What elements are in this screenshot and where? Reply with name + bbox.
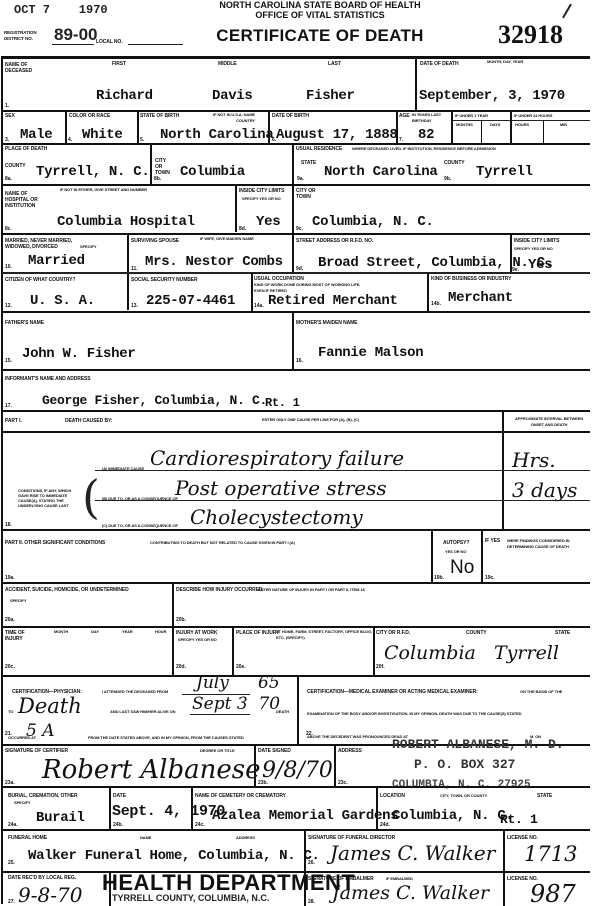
divider [415,58,417,110]
item-number: 20c. [5,664,15,670]
middle-name-value: Davis [212,88,253,104]
divider [254,745,256,786]
divider [292,312,294,369]
divider [376,787,378,829]
item-number: 24c. [195,822,205,828]
injury-at-work-sublabel: SPECIFY YES OR NO [178,637,217,643]
item-number: 8c. [5,226,12,232]
item-number: 24a. [8,822,18,828]
occupation-value: Retired Merchant [268,293,398,309]
divider [543,120,544,143]
date-received-value: 9-8-70 [18,883,82,906]
funeral-director-signature: James C. Walker [330,841,495,865]
item-number: 25. [8,860,15,866]
hospital-label: NAME OF HOSPITAL OR INSTITUTION [5,191,47,209]
death-city-value: Columbia [180,164,245,180]
minutes-label: MIN [560,122,567,128]
board-line-2: OFFICE OF VITAL STATISTICS [200,10,440,20]
immediate-cause-value: Cardiorespiratory failure [150,446,404,470]
to-label: TO [8,709,13,715]
item-number: 19b. [434,575,444,581]
city-of-death-label: CITY OR TOWN [155,158,173,176]
birth-date-value: August 17, 1888 [276,127,398,143]
age-label: AGE [399,113,410,119]
divider [427,273,429,311]
month-label: MONTH [54,629,68,635]
how-injury-sublabel: ENTER NATURE OF INJURY IN PART I OR PART… [258,587,365,593]
sex-label: SEX [5,113,15,119]
medical-examiner-text: ON THE BASIS OF THE [520,689,562,695]
burial-label: BURIAL, CREMATION, OTHER [8,793,77,799]
cause-line [95,470,590,471]
district-underline [52,44,94,45]
part-two-label: PART II. OTHER SIGNIFICANT CONDITIONS [5,540,105,546]
residence-county-value: Tyrrell [476,164,533,180]
item-number: 20f. [376,664,385,670]
funeral-home-value: Walker Funeral Home, Columbia, N. C. [28,848,320,864]
item-number: 22. [306,731,313,737]
industry-value: Merchant [448,290,513,306]
mother-maiden-name-label: MOTHER'S MAIDEN NAME [296,320,357,326]
item-number: 13. [131,303,138,309]
citizenship-label: CITIZEN OF WHAT COUNTRY? [5,277,75,283]
county-label: COUNTY [5,163,26,169]
manner-of-death-label: ACCIDENT, SUICIDE, HOMICIDE, OR UNDETERM… [5,587,129,593]
local-number-label: LOCAL NO. [96,39,123,45]
divider [191,787,193,829]
funeral-director-license-value: 1713 [524,842,577,866]
death-text: DEATH [276,709,289,715]
occurred-text: FROM THE DATE STATED ABOVE, AND IN MY OP… [88,735,244,741]
corner-check-mark [562,4,572,19]
divider [268,111,270,143]
autopsy-sublabel: YES OR NO [445,549,466,555]
item-number: 1. [5,103,9,109]
injury-state-label: STATE [555,630,570,636]
birth-state-sublabel: IF NOT IN U.S.A. NAME COUNTRY [195,112,255,124]
disposition-date-value: Sept. 4, 1970 [112,803,225,820]
divider [297,676,299,744]
race-label: COLOR OR RACE [69,113,110,119]
medical-examiner-text: EXAMINATION OF THE BODY AND/OR INVESTIGA… [307,711,521,717]
street-address-label: STREET ADDRESS OR R.F.D. No. [296,238,373,244]
item-number: 9c. [296,226,303,232]
item-number: 14b. [431,301,441,307]
middle-name-label: MIDDLE [218,61,237,67]
residence-city-label: CITY OR TOWN [296,188,320,200]
usual-residence-label: USUAL RESIDENCE [296,146,342,152]
item-number: 15. [5,358,12,364]
part-one-label: PART I. [5,418,22,424]
under-24-hours-label: IF UNDER 24 HOURS [514,113,552,119]
row-rule [2,311,590,313]
age-sublabel: IN YEARS LAST BIRTHDAY [412,112,446,124]
hour-label: HOUR [155,629,166,635]
last-saw-value: Sept 3 70 [192,694,280,714]
cause-line [95,500,590,501]
row-rule [2,529,590,531]
injury-location-value: Columbia Tyrrell N.C. [384,642,592,664]
disposition-date-label: DATE [113,793,126,799]
immediate-cause-label: (a) IMMEDIATE CAUSE [102,466,144,472]
item-number: 27. [8,899,15,905]
hospital-value: Columbia Hospital [57,214,195,230]
marital-sublabel: SPECIFY [80,244,96,250]
item-number: 20b. [176,617,186,623]
autopsy-value: No [450,557,474,579]
left-brace: ( [82,474,100,520]
last-name-value: Fisher [306,88,355,104]
citizenship-value: U. S. A. [30,293,95,309]
item-number: 17. [5,403,12,409]
attended-to-value: Death [18,694,82,718]
burial-sublabel: SPECIFY [14,800,30,806]
funeral-name-label: NAME [140,835,151,841]
divider [334,745,336,786]
residence-state-label: STATE [301,160,316,166]
day-label: DAY [91,629,99,635]
father-name-value: John W. Fisher [22,346,135,362]
funeral-director-license-label: LICENSE NO. [507,835,538,841]
row-rule [2,369,590,371]
divider [373,627,375,675]
item-number: 20e. [236,664,246,670]
residence-city-value: Columbia, N. C. [312,214,434,230]
item-number: 10. [5,264,12,270]
residence-county-label: COUNTY [444,160,465,166]
hospital-sublabel: IF NOT IN EITHER, GIVE STREET AND NUMBER [60,187,147,193]
divider [232,627,234,675]
cemetery-state-label: STATE [537,793,552,799]
funeral-home-label: FUNERAL HOME [8,835,47,841]
divider [172,583,174,675]
local-number-underline [128,44,183,45]
divider [292,144,294,274]
inside-city-limits-label: INSIDE CITY LIMITS [239,188,284,194]
residence-state-value: North Carolina [324,164,437,180]
time-of-injury-label: TIME OF INJURY [5,630,33,642]
item-number: 19a. [5,575,15,581]
row-rule [2,675,590,677]
cemetery-location-label: LOCATION [380,793,405,799]
manner-sublabel: SPECIFY [10,598,26,604]
last-saw-text: AND LAST SAW HIM/HER ALIVE ON [110,709,175,715]
divider [481,120,482,143]
cemetery-location-sublabel: CITY, TOWN, OR COUNTY [440,793,487,799]
certificate-title: CERTIFICATE OF DEATH [200,26,440,46]
year-label: YEAR [122,629,133,635]
inside-city-limits-sublabel: SPECIFY YES OR NO [242,196,281,202]
blank-line [190,714,250,715]
date-of-death-label: DATE OF DEATH [420,61,459,67]
hours-label: HOURS [515,122,529,128]
row-rule [2,233,590,235]
row-rule [2,582,590,584]
row-rule [2,143,590,145]
item-number: 16. [296,358,303,364]
last-name-label: LAST [328,61,341,67]
injury-city-label: CITY OR R.F.D. [376,630,410,636]
how-injury-occurred-label: DESCRIBE HOW INJURY OCCURRED [176,587,262,593]
burial-value: Burail [36,810,85,826]
row-rule [2,184,590,186]
date-of-death-sublabel: MONTH, DAY, YEAR [487,59,523,65]
item-number: 14a. [254,303,264,309]
item-number: 21. [5,731,12,737]
divider [503,830,505,906]
physician-stamp-box: P. O. BOX 327 [414,757,515,772]
surviving-spouse-value: Mrs. Nestor Combs [145,254,283,270]
informant-value: George Fisher, Columbia, N. C. [42,393,267,408]
registration-district-label: REGISTRATION DISTRICT NO. [4,30,52,42]
interval-label: APPROXIMATE INTERVAL BETWEEN ONSET AND D… [508,416,590,428]
cause-c-value: Cholecystectomy [190,505,363,529]
degree-title-label: DEGREE OR TITLE [200,748,235,754]
divider [150,144,152,184]
first-name-label: FIRST [112,61,126,67]
attended-from-year: 65 [258,673,280,693]
divider [109,787,111,829]
race-value: White [82,127,123,143]
marital-status-label: MARRIED, NEVER MARRIED, WIDOWED, DIVORCE… [5,238,85,250]
place-of-injury-label: PLACE OF INJURY [236,630,279,636]
under-one-year-label: IF UNDER 1 YEAR [455,113,488,119]
injury-county-label: COUNTY [466,630,487,636]
item-number: 24d. [380,822,390,828]
divider [65,111,67,143]
inside-city-limits-label: INSIDE CITY LIMITS [514,238,559,244]
attended-from-value: July [196,673,229,693]
cause-b-label: (b) DUE TO, OR AS A CONSEQUENCE OF [102,496,178,502]
cause-b-value: Post operative stress [175,476,387,500]
item-number: 12. [5,303,12,309]
name-label: NAME OF DECEASED [5,62,37,74]
inside-city-limits-sublabel: SPECIFY YES OR NO [514,246,553,252]
cemetery-route-value: Rt. 1 [500,812,538,827]
item-number: 20d. [176,664,186,670]
marital-status-value: Married [28,253,85,269]
divider [235,185,237,232]
death-caused-by-label: DEATH CAUSED BY: [65,418,112,424]
divider [137,111,139,143]
inside-city-residence-value: Yes [528,257,552,273]
place-of-death-label: PLACE OF DEATH [5,146,47,152]
conditions-note: CONDITIONS, IF ANY, WHICH GAVE RISE TO I… [18,488,74,508]
attended-text: I ATTENDED THE DECEASED FROM [102,689,168,695]
age-value: 82 [418,127,434,143]
filed-date-stamp: OCT 7 1970 [14,3,108,17]
certifier-address-label: ADDRESS [338,748,362,754]
row-rule [2,786,590,788]
item-number: 20a. [5,617,15,623]
months-label: MONTHS [456,122,473,128]
industry-label: KIND OF BUSINESS OR INDUSTRY [431,276,511,282]
embalmer-license-value: 987 [530,880,576,906]
date-of-death-value: September, 3, 1970 [419,88,565,104]
cemetery-value: Azalea Memorial Gardens [212,808,398,824]
registration-district-number: 89-00 [54,25,97,45]
inside-city-death-value: Yes [256,214,280,230]
injury-at-work-label: INJURY AT WORK [176,630,217,636]
divider [451,111,453,143]
informant-label: INFORMANT'S NAME AND ADDRESS [5,376,91,382]
subrow-rule [452,120,590,121]
cause-instruction: ENTER ONLY ONE CAUSE PER LINE FOR (a), (… [262,417,359,423]
certifier-signature: Robert Albanese [42,755,261,785]
occurred-at-value: 5 A [26,721,55,741]
first-name-value: Richard [96,88,153,104]
certificate-number: 32918 [498,20,563,50]
days-label: DAYS [490,122,500,128]
row-rule [2,431,590,433]
cemetery-label: NAME OF CEMETERY OR CREMATORY [195,793,286,799]
item-number: 26. [308,860,315,866]
usual-residence-sublabel: WHERE DECEASED LIVED. IF INSTITUTION, RE… [352,146,496,152]
death-county-value: Tyrrell, N. C. [36,164,149,180]
autopsy-label: AUTOPSY? [443,540,469,546]
health-department-stamp-county: TYRRELL COUNTY, COLUMBIA, N.C. [112,893,269,903]
item-number: 9a. [297,176,304,182]
part-two-sublabel: CONTRIBUTING TO DEATH BUT NOT RELATED TO… [150,540,295,546]
mother-maiden-name-value: Fannie Malson [318,345,423,361]
physician-stamp-city: COLUMBIA, N. C. 27925 [392,779,531,791]
ssn-value: 225-07-4461 [146,293,235,309]
item-number: 8b. [154,176,161,182]
birth-state-label: STATE OF BIRTH [140,113,179,119]
spouse-sublabel: IF WIFE, GIVE MAIDEN NAME [200,236,254,242]
row-rule [2,829,590,831]
physician-stamp-name: ROBERT ALBANESE, M. D. [392,737,564,752]
divider [396,111,398,143]
item-number: 8a. [5,176,12,182]
birth-date-label: DATE OF BIRTH [272,113,309,119]
findings-label: WERE FINDINGS CONSIDERED IN DETERMINING … [507,538,587,550]
row-rule [2,626,590,628]
date-signed-label: DATE SIGNED [258,748,291,754]
ssn-label: SOCIAL SECURITY NUMBER [131,277,198,283]
medical-examiner-label: CERTIFICATION—MEDICAL EXAMINER OR ACTING… [307,689,478,695]
cause-b-interval: 3 days [512,478,577,502]
if-yes-label: IF YES [485,538,500,544]
divider [431,530,433,582]
embalmer-signature: James C. Walker [332,882,489,904]
item-number: 8d. [239,226,246,232]
date-signed-value: 9/8/70 [262,758,333,783]
board-line-1: NORTH CAROLINA STATE BOARD OF HEALTH [200,0,440,10]
birth-state-value: North Carolina [160,127,273,143]
sex-value: Male [20,127,52,143]
cemetery-location-value: Columbia, N. C. [392,808,514,824]
informant-route-value: Rt. 1 [265,396,300,410]
row-rule [2,272,590,274]
divider [481,530,483,582]
signature-of-certifier-label: SIGNATURE OF CERTIFIER [5,748,68,754]
surviving-spouse-label: SURVIVING SPOUSE [131,238,179,244]
row-rule [2,110,590,112]
date-received-label: DATE REC'D BY LOCAL REG. [8,875,76,881]
item-number: 9b. [444,176,451,182]
item-number: 19c. [485,575,495,581]
divider [510,111,512,143]
immediate-cause-interval: Hrs. [512,448,556,472]
funeral-address-label: ADDRESS [236,835,255,841]
item-number: 28. [308,899,315,905]
item-number: 18. [5,522,12,528]
item-number: 24b. [113,822,123,828]
father-name-label: FATHER'S NAME [5,320,44,326]
place-of-injury-sublabel: AT HOME, FARM, STREET, FACTORY, OFFICE B… [276,629,376,641]
divider [251,273,253,311]
